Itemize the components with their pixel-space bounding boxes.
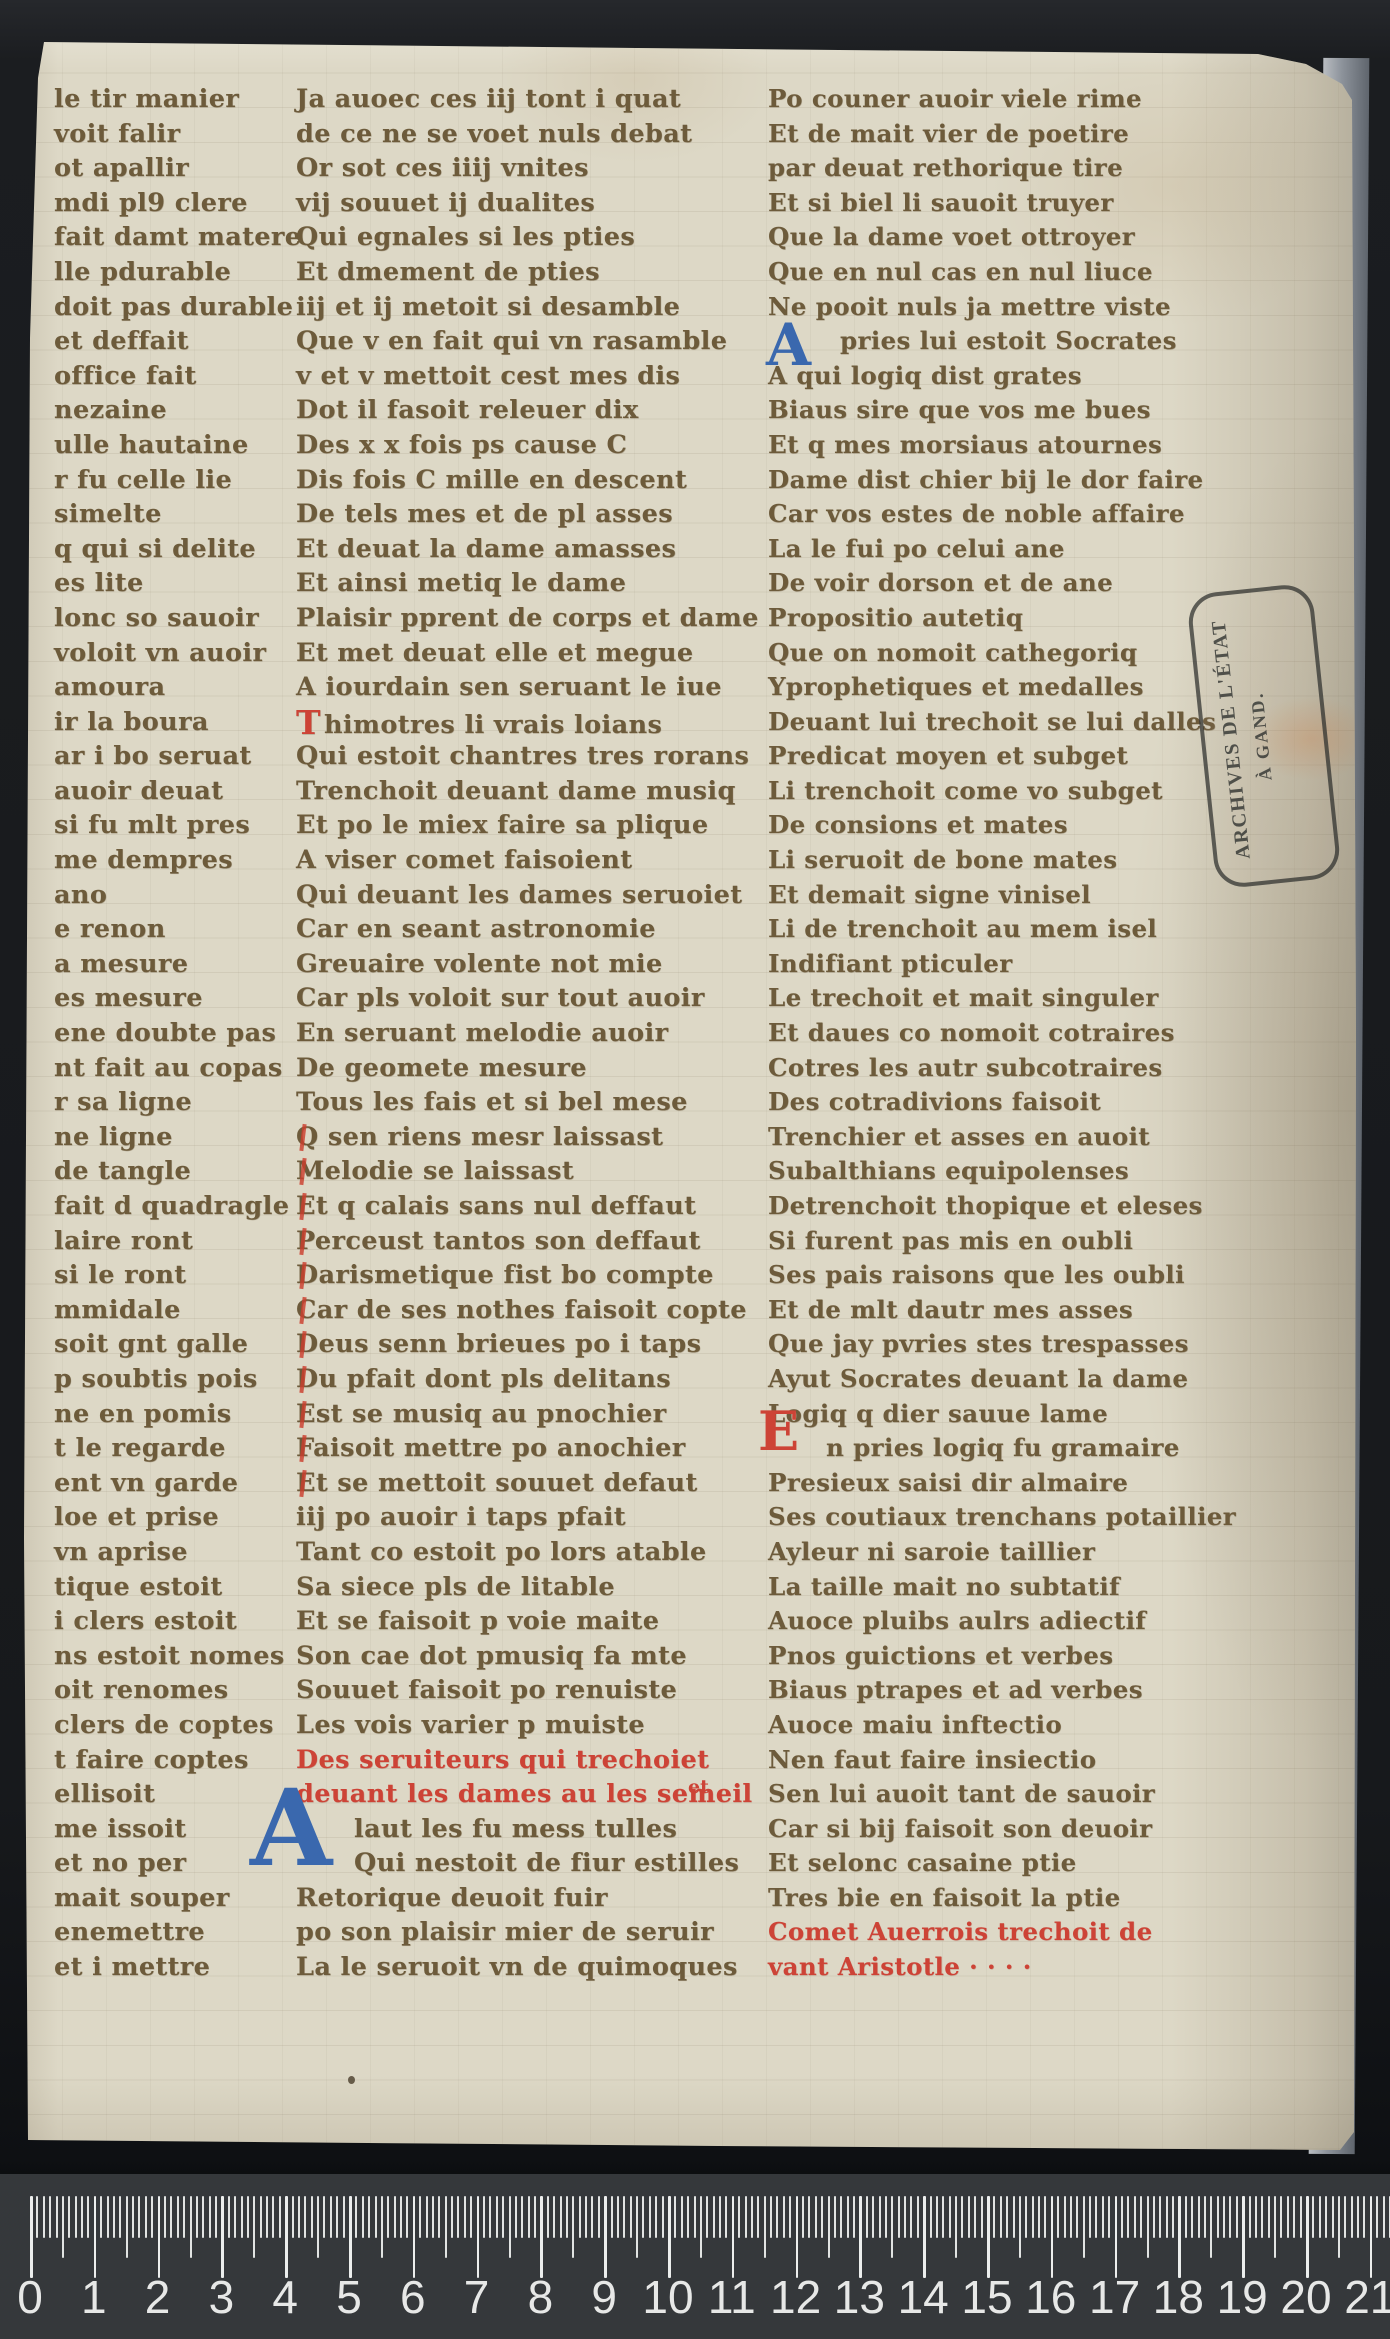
manuscript-line: nezaine	[54, 393, 301, 428]
manuscript-line: et deffait	[54, 324, 301, 359]
manuscript-line: ot apallir	[54, 151, 301, 186]
ruler-tick	[509, 2196, 511, 2258]
manuscript-line: Detrenchoit thopique et eleses	[768, 1189, 1236, 1224]
ruler-tick	[100, 2196, 102, 2238]
ruler-tick	[949, 2196, 951, 2238]
manuscript-line: Darismetique fist bo compte	[296, 1258, 759, 1293]
manuscript-line: et i mettre	[54, 1950, 301, 1985]
manuscript-line: Et demait signe vinisel	[768, 878, 1236, 913]
ruler-tick	[113, 2196, 115, 2238]
manuscript-line: De voir dorson et de ane	[768, 566, 1236, 601]
ruler-tick	[241, 2196, 243, 2238]
manuscript-line: La le fui po celui ane	[768, 532, 1236, 567]
ruler-tick	[1338, 2196, 1340, 2258]
manuscript-line: de tangle	[54, 1154, 301, 1189]
ruler-tick	[1013, 2196, 1015, 2238]
manuscript-line: ene doubte pas	[54, 1016, 301, 1051]
manuscript-line: Car en seant astronomie	[296, 912, 759, 947]
ruler: 0123456789101112131415161718192021	[0, 2174, 1390, 2339]
ruler-tick	[1147, 2196, 1149, 2258]
ruler-tick	[923, 2196, 926, 2278]
ruler-tick	[789, 2196, 791, 2238]
manuscript-line: clers de coptes	[54, 1708, 301, 1743]
ruler-tick	[1370, 2196, 1373, 2278]
manuscript-line: Que la dame voet ottroyer	[768, 220, 1236, 255]
ruler-tick	[898, 2196, 900, 2238]
ruler-tick	[1312, 2196, 1314, 2238]
manuscript-line: v et v mettoit cest mes dis	[296, 359, 759, 394]
ruler-tick	[866, 2196, 868, 2238]
ruler-tick	[623, 2196, 625, 2238]
ruler-number: 9	[591, 2270, 617, 2324]
ruler-tick	[400, 2196, 402, 2238]
ruler-number: 8	[528, 2270, 554, 2324]
ruler-number: 19	[1217, 2270, 1268, 2324]
ruler-tick	[426, 2196, 428, 2238]
ruler-tick	[821, 2196, 823, 2238]
ruler-tick	[489, 2196, 491, 2238]
manuscript-line: voit falir	[54, 117, 301, 152]
ruler-tick	[879, 2196, 881, 2238]
ruler-number: 14	[898, 2270, 949, 2324]
manuscript-line: Pnos guictions et verbes	[768, 1639, 1236, 1674]
manuscript-line: Car si bij faisoit son deuoir	[768, 1812, 1236, 1847]
ruler-tick	[604, 2196, 607, 2278]
ruler-tick	[1293, 2196, 1295, 2238]
manuscript-line: auoir deuat	[54, 774, 301, 809]
ruler-tick	[1344, 2196, 1346, 2238]
ruler-tick	[840, 2196, 842, 2238]
ruler-tick	[534, 2196, 536, 2238]
ruler-tick	[617, 2196, 619, 2238]
manuscript-line: Q sen riens mesr laissast	[296, 1120, 759, 1155]
ruler-number: 3	[209, 2270, 235, 2324]
manuscript-line: amoura	[54, 670, 301, 705]
ruler-tick	[272, 2196, 274, 2238]
manuscript-scan: le tir maniervoit falirot apallirmdi pl9…	[0, 0, 1390, 2339]
ruler-tick	[1102, 2196, 1104, 2238]
manuscript-line: ulle hautaine	[54, 428, 301, 463]
ruler-tick	[1229, 2196, 1231, 2238]
ruler-tick	[1185, 2196, 1187, 2238]
manuscript-line: laut les fu mess tulles	[296, 1812, 759, 1847]
manuscript-line: Que jay pvries stes trespasses	[768, 1327, 1236, 1362]
ruler-tick	[981, 2196, 983, 2238]
manuscript-line: Et po le miex faire sa plique	[296, 808, 759, 843]
text-column-right-column: Po couner auoir viele rimeEt de mait vie…	[768, 82, 1236, 1985]
ruler-tick	[572, 2196, 574, 2258]
ruler-tick	[164, 2196, 166, 2238]
manuscript-line: Qui deuant les dames seruoiet	[296, 878, 759, 913]
manuscript-line: En seruant melodie auoir	[296, 1016, 759, 1051]
manuscript-line: Et daues co nomoit cotraires	[768, 1016, 1236, 1051]
ruler-tick	[1325, 2196, 1327, 2238]
manuscript-line: Perceust tantos son deffaut	[296, 1224, 759, 1259]
manuscript-line: Et se mettoit souuet defaut	[296, 1466, 759, 1501]
manuscript-line: Sa siece pls de litable	[296, 1570, 759, 1605]
ruler-tick	[260, 2196, 262, 2238]
ruler-tick	[745, 2196, 747, 2238]
ruler-tick	[674, 2196, 676, 2238]
manuscript-line: Dis fois C mille en descent	[296, 463, 759, 498]
ruler-tick	[1274, 2196, 1276, 2258]
manuscript-line: es lite	[54, 566, 301, 601]
ruler-tick	[375, 2196, 377, 2238]
ruler-tick	[234, 2196, 236, 2238]
manuscript-line: ano	[54, 878, 301, 913]
ruler-tick	[145, 2196, 147, 2238]
manuscript-line: Dot il fasoit releuer dix	[296, 393, 759, 428]
ruler-tick	[974, 2196, 976, 2238]
ruler-tick	[828, 2196, 830, 2258]
ruler-tick	[1268, 2196, 1270, 2238]
ruler-tick	[170, 2196, 172, 2238]
manuscript-line: Souuet faisoit po renuiste	[296, 1673, 759, 1708]
ruler-tick	[247, 2196, 249, 2238]
manuscript-line: Et si biel li sauoit truyer	[768, 186, 1236, 221]
ruler-tick	[1383, 2196, 1385, 2238]
manuscript-line: Et selonc casaine ptie	[768, 1846, 1236, 1881]
manuscript-line: a mesure	[54, 947, 301, 982]
manuscript-line: ar i bo seruat	[54, 739, 301, 774]
ruler-tick	[1051, 2196, 1054, 2278]
manuscript-line: De consions et mates	[768, 808, 1236, 843]
ruler-tick	[68, 2196, 70, 2238]
ruler-tick	[1095, 2196, 1097, 2238]
ruler-tick	[253, 2196, 255, 2258]
ruler-tick	[451, 2196, 453, 2238]
ruler-tick	[349, 2196, 352, 2278]
rubric-line: vant Aristotle · · · ·	[768, 1950, 1236, 1985]
ruler-tick	[438, 2196, 440, 2238]
ruler-number: 5	[336, 2270, 362, 2324]
manuscript-line: Des x x fois ps cause C	[296, 428, 759, 463]
ruler-tick	[1127, 2196, 1129, 2238]
ruler-tick	[1032, 2196, 1034, 2238]
manuscript-line: e renon	[54, 912, 301, 947]
ruler-tick	[553, 2196, 555, 2238]
ruler-tick	[196, 2196, 198, 2238]
ruler-tick	[930, 2196, 932, 2238]
ruler-tick	[49, 2196, 51, 2238]
manuscript-line: soit gnt galle	[54, 1327, 301, 1362]
blue-initial-a-icon: A	[766, 322, 811, 368]
manuscript-line: Si furent pas mis en oubli	[768, 1224, 1236, 1259]
manuscript-line: Presieux saisi dir almaire	[768, 1466, 1236, 1501]
manuscript-line: Yprophetiques et medalles	[768, 670, 1236, 705]
ruler-tick	[1178, 2196, 1181, 2278]
ruler-tick	[917, 2196, 919, 2238]
ruler-tick	[1351, 2196, 1353, 2238]
manuscript-line: iij po auoir i taps pfait	[296, 1500, 759, 1535]
ruler-tick	[330, 2196, 332, 2238]
ruler-tick	[834, 2196, 836, 2238]
ruler-number: 21	[1344, 2270, 1390, 2324]
ruler-tick	[1159, 2196, 1161, 2238]
manuscript-line: loe et prise	[54, 1500, 301, 1535]
manuscript-line: i clers estoit	[54, 1604, 301, 1639]
manuscript-line: Trenchier et asses en auoit	[768, 1120, 1236, 1155]
ruler-tick	[406, 2196, 408, 2238]
ruler-tick	[56, 2196, 58, 2238]
ruler-tick	[317, 2196, 319, 2258]
manuscript-line: Deus senn brieues po i taps	[296, 1327, 759, 1362]
ruler-tick	[1172, 2196, 1174, 2238]
ruler-number: 11	[708, 2270, 756, 2324]
ruler-tick	[713, 2196, 715, 2238]
manuscript-line: vn aprise	[54, 1535, 301, 1570]
ruler-number: 0	[17, 2270, 43, 2324]
ruler-tick	[1191, 2196, 1193, 2238]
ruler-tick	[394, 2196, 396, 2238]
ruler-tick	[1089, 2196, 1091, 2238]
manuscript-line: es mesure	[54, 981, 301, 1016]
manuscript-line: Ses coutiaux trenchans potaillier	[768, 1500, 1236, 1535]
ruler-number: 16	[1025, 2270, 1076, 2324]
ruler-tick	[1064, 2196, 1066, 2238]
ruler-tick	[1332, 2196, 1334, 2238]
manuscript-line: Ja auoec ces iij tont i quat	[296, 82, 759, 117]
manuscript-line: Deuant lui trechoit se lui dalles	[768, 705, 1236, 740]
ruler-tick	[942, 2196, 944, 2238]
ruler-tick	[464, 2196, 466, 2238]
manuscript-line: q qui si delite	[54, 532, 301, 567]
ruler-tick	[1198, 2196, 1200, 2238]
ruler-number: 7	[464, 2270, 490, 2324]
ruler-tick	[336, 2196, 338, 2238]
manuscript-line: si le ront	[54, 1258, 301, 1293]
ruler-tick	[445, 2196, 447, 2258]
manuscript-line: A qui logiq dist grates	[768, 359, 1236, 394]
manuscript-line: voloit vn auoir	[54, 636, 301, 671]
manuscript-line: Car vos estes de noble affaire	[768, 497, 1236, 532]
manuscript-line: r fu celle lie	[54, 463, 301, 498]
ruler-tick	[1153, 2196, 1155, 2238]
ruler-tick	[770, 2196, 772, 2238]
manuscript-line: Le trechoit et mait singuler	[768, 981, 1236, 1016]
ruler-number: 10	[642, 2270, 693, 2324]
manuscript-line: r sa ligne	[54, 1085, 301, 1120]
ruler-tick	[1210, 2196, 1212, 2258]
ruler-tick	[387, 2196, 389, 2238]
ruler-tick	[1236, 2196, 1238, 2238]
ruler-tick	[936, 2196, 938, 2238]
manuscript-line: doit pas durable	[54, 290, 301, 325]
manuscript-line: ir la boura	[54, 705, 301, 740]
ruler-tick	[1242, 2196, 1245, 2278]
manuscript-line: Biaus ptrapes et ad verbes	[768, 1673, 1236, 1708]
ruler-number: 2	[145, 2270, 171, 2324]
ruler-tick	[1249, 2196, 1251, 2238]
manuscript-line: A viser comet faisoient	[296, 843, 759, 878]
ruler-tick	[1204, 2196, 1206, 2238]
manuscript-line: p soubtis pois	[54, 1362, 301, 1397]
ruler-tick	[1134, 2196, 1136, 2238]
ruler-tick	[1363, 2196, 1365, 2238]
ruler-number: 4	[272, 2270, 298, 2324]
ruler-number: 20	[1280, 2270, 1331, 2324]
ruler-tick	[477, 2196, 480, 2278]
manuscript-line: Tous les fais et si bel mese	[296, 1085, 759, 1120]
ink-speck	[348, 2076, 355, 2084]
ruler-tick	[1121, 2196, 1123, 2238]
ruler-tick	[738, 2196, 740, 2238]
ruler-tick	[540, 2196, 543, 2278]
ruler-tick	[381, 2196, 383, 2258]
manuscript-line: Qui egnales si les pties	[296, 220, 759, 255]
ruler-tick	[1300, 2196, 1302, 2238]
manuscript-line: Biaus sire que vos me bues	[768, 393, 1236, 428]
ruler-tick	[1038, 2196, 1040, 2238]
ruler-number: 1	[81, 2270, 107, 2324]
ruler-number: 12	[770, 2270, 821, 2324]
manuscript-line: fait d quadragle	[54, 1189, 301, 1224]
manuscript-page: le tir maniervoit falirot apallirmdi pl9…	[18, 38, 1358, 2160]
manuscript-line: Et se faisoit p voie maite	[296, 1604, 759, 1639]
manuscript-line: mdi pl9 clere	[54, 186, 301, 221]
manuscript-line: Et dmement de pties	[296, 255, 759, 290]
ruler-tick	[1057, 2196, 1059, 2238]
ruler-tick	[221, 2196, 224, 2278]
manuscript-line: lonc so sauoir	[54, 601, 301, 636]
ruler-tick	[483, 2196, 485, 2238]
ruler-tick	[783, 2196, 785, 2238]
manuscript-line: Po couner auoir viele rime	[768, 82, 1236, 117]
ruler-tick	[298, 2196, 300, 2238]
ruler-tick	[987, 2196, 990, 2278]
ruler-tick	[323, 2196, 325, 2238]
manuscript-line: enemettre	[54, 1915, 301, 1950]
ruler-tick	[1255, 2196, 1257, 2238]
large-blue-initial-a-icon: A	[250, 1786, 332, 1871]
ruler-tick	[1166, 2196, 1168, 2238]
manuscript-line: Li trenchoit come vo subget	[768, 774, 1236, 809]
ruler-tick	[579, 2196, 581, 2238]
manuscript-line: Du pfait dont pls delitans	[296, 1362, 759, 1397]
ruler-tick	[700, 2196, 702, 2258]
manuscript-line: Dame dist chier bij le dor faire	[768, 463, 1236, 498]
manuscript-line: Ayut Socrates deuant la dame	[768, 1362, 1236, 1397]
ruler-tick	[1108, 2196, 1110, 2238]
ruler-tick	[1287, 2196, 1289, 2238]
ruler-number: 6	[400, 2270, 426, 2324]
ruler-tick	[43, 2196, 45, 2238]
archive-stamp-text: ARCHIVES DE L'ÉTAT À GAND.	[1200, 592, 1329, 881]
ruler-tick	[1070, 2196, 1072, 2238]
manuscript-line: t le regarde	[54, 1431, 301, 1466]
ruler-tick	[1083, 2196, 1085, 2258]
ruler-tick	[694, 2196, 696, 2238]
ruler-tick	[355, 2196, 357, 2238]
ruler-tick	[732, 2196, 735, 2278]
ruler-tick	[470, 2196, 472, 2238]
ruler-tick	[368, 2196, 370, 2238]
manuscript-line: Et de mlt dautr mes asses	[768, 1293, 1236, 1328]
ruler-tick	[891, 2196, 893, 2258]
ruler-tick	[285, 2196, 288, 2278]
ruler-number: 18	[1153, 2270, 1204, 2324]
manuscript-line: ns estoit nomes	[54, 1639, 301, 1674]
ruler-tick	[304, 2196, 306, 2238]
ruler-tick	[847, 2196, 849, 2238]
ruler-tick	[1319, 2196, 1321, 2238]
ruler-tick	[1357, 2196, 1359, 2238]
ruler-tick	[968, 2196, 970, 2238]
red-margin-mark: et	[688, 1776, 709, 1798]
manuscript-line: A iourdain sen seruant le iue	[296, 670, 759, 705]
manuscript-line: Auoce maiu inftectio	[768, 1708, 1236, 1743]
manuscript-line: pries lui estoit Socrates	[768, 324, 1236, 359]
ruler-tick	[343, 2196, 345, 2238]
manuscript-line: par deuat rethorique tire	[768, 151, 1236, 186]
ruler-tick	[132, 2196, 134, 2238]
ruler-tick	[292, 2196, 294, 2238]
manuscript-line: Ses pais raisons que les oubli	[768, 1258, 1236, 1293]
manuscript-line: laire ront	[54, 1224, 301, 1259]
ruler-tick	[566, 2196, 568, 2238]
ruler-tick	[961, 2196, 963, 2238]
ruler-tick	[1000, 2196, 1002, 2238]
ruler-tick	[904, 2196, 906, 2238]
manuscript-line: oit renomes	[54, 1673, 301, 1708]
text-column-middle-column: Ja auoec ces iij tont i quatde ce ne se …	[296, 82, 759, 1985]
ruler-tick	[1376, 2196, 1378, 2238]
manuscript-line: Car de ses nothes faisoit copte	[296, 1293, 759, 1328]
ruler-tick	[1006, 2196, 1008, 2238]
ruler-tick	[1044, 2196, 1046, 2238]
ruler-tick	[560, 2196, 562, 2238]
ruler-tick	[496, 2196, 498, 2238]
ruler-tick	[151, 2196, 153, 2238]
ruler-tick	[138, 2196, 140, 2238]
manuscript-line: Qui nestoit de fiur estilles	[296, 1846, 759, 1881]
manuscript-line: Propositio autetiq	[768, 601, 1236, 636]
ruler-tick	[1076, 2196, 1078, 2238]
ruler-tick	[126, 2196, 128, 2258]
manuscript-line: mmidale	[54, 1293, 301, 1328]
ruler-tick	[815, 2196, 817, 2238]
manuscript-line: Et q calais sans nul deffaut	[296, 1189, 759, 1224]
manuscript-line: Logiq q dier sauue lame	[768, 1397, 1236, 1432]
ruler-tick	[1217, 2196, 1219, 2238]
manuscript-line: Que v en fait qui vn rasamble	[296, 324, 759, 359]
manuscript-line: Thimotres li vrais loians	[296, 705, 759, 740]
manuscript-line: po son plaisir mier de seruir	[296, 1915, 759, 1950]
manuscript-line: Que on nomoit cathegoriq	[768, 636, 1236, 671]
manuscript-line: Melodie se laissast	[296, 1154, 759, 1189]
manuscript-line: simelte	[54, 497, 301, 532]
manuscript-line: Est se musiq au pnochier	[296, 1397, 759, 1432]
ruler-tick	[36, 2196, 38, 2238]
ruler-tick	[266, 2196, 268, 2238]
ruler-tick	[642, 2196, 644, 2238]
manuscript-line: ne ligne	[54, 1120, 301, 1155]
manuscript-line: Et q mes morsiaus atournes	[768, 428, 1236, 463]
manuscript-line: le tir manier	[54, 82, 301, 117]
ruler-number: 15	[961, 2270, 1012, 2324]
manuscript-line: ne en pomis	[54, 1397, 301, 1432]
manuscript-line: Li seruoit de bone mates	[768, 843, 1236, 878]
ruler-tick	[515, 2196, 517, 2238]
text-column-left-column-cropped: le tir maniervoit falirot apallirmdi pl9…	[54, 82, 301, 1985]
ruler-tick	[1223, 2196, 1225, 2238]
manuscript-line: La taille mait no subtatif	[768, 1570, 1236, 1605]
manuscript-line: Li de trenchoit au mem isel	[768, 912, 1236, 947]
ruler-tick	[725, 2196, 727, 2238]
manuscript-line: Faisoit mettre po anochier	[296, 1431, 759, 1466]
manuscript-line: Sen lui auoit tant de sauoir	[768, 1777, 1236, 1812]
manuscript-line: Or sot ces iiij vnites	[296, 151, 759, 186]
